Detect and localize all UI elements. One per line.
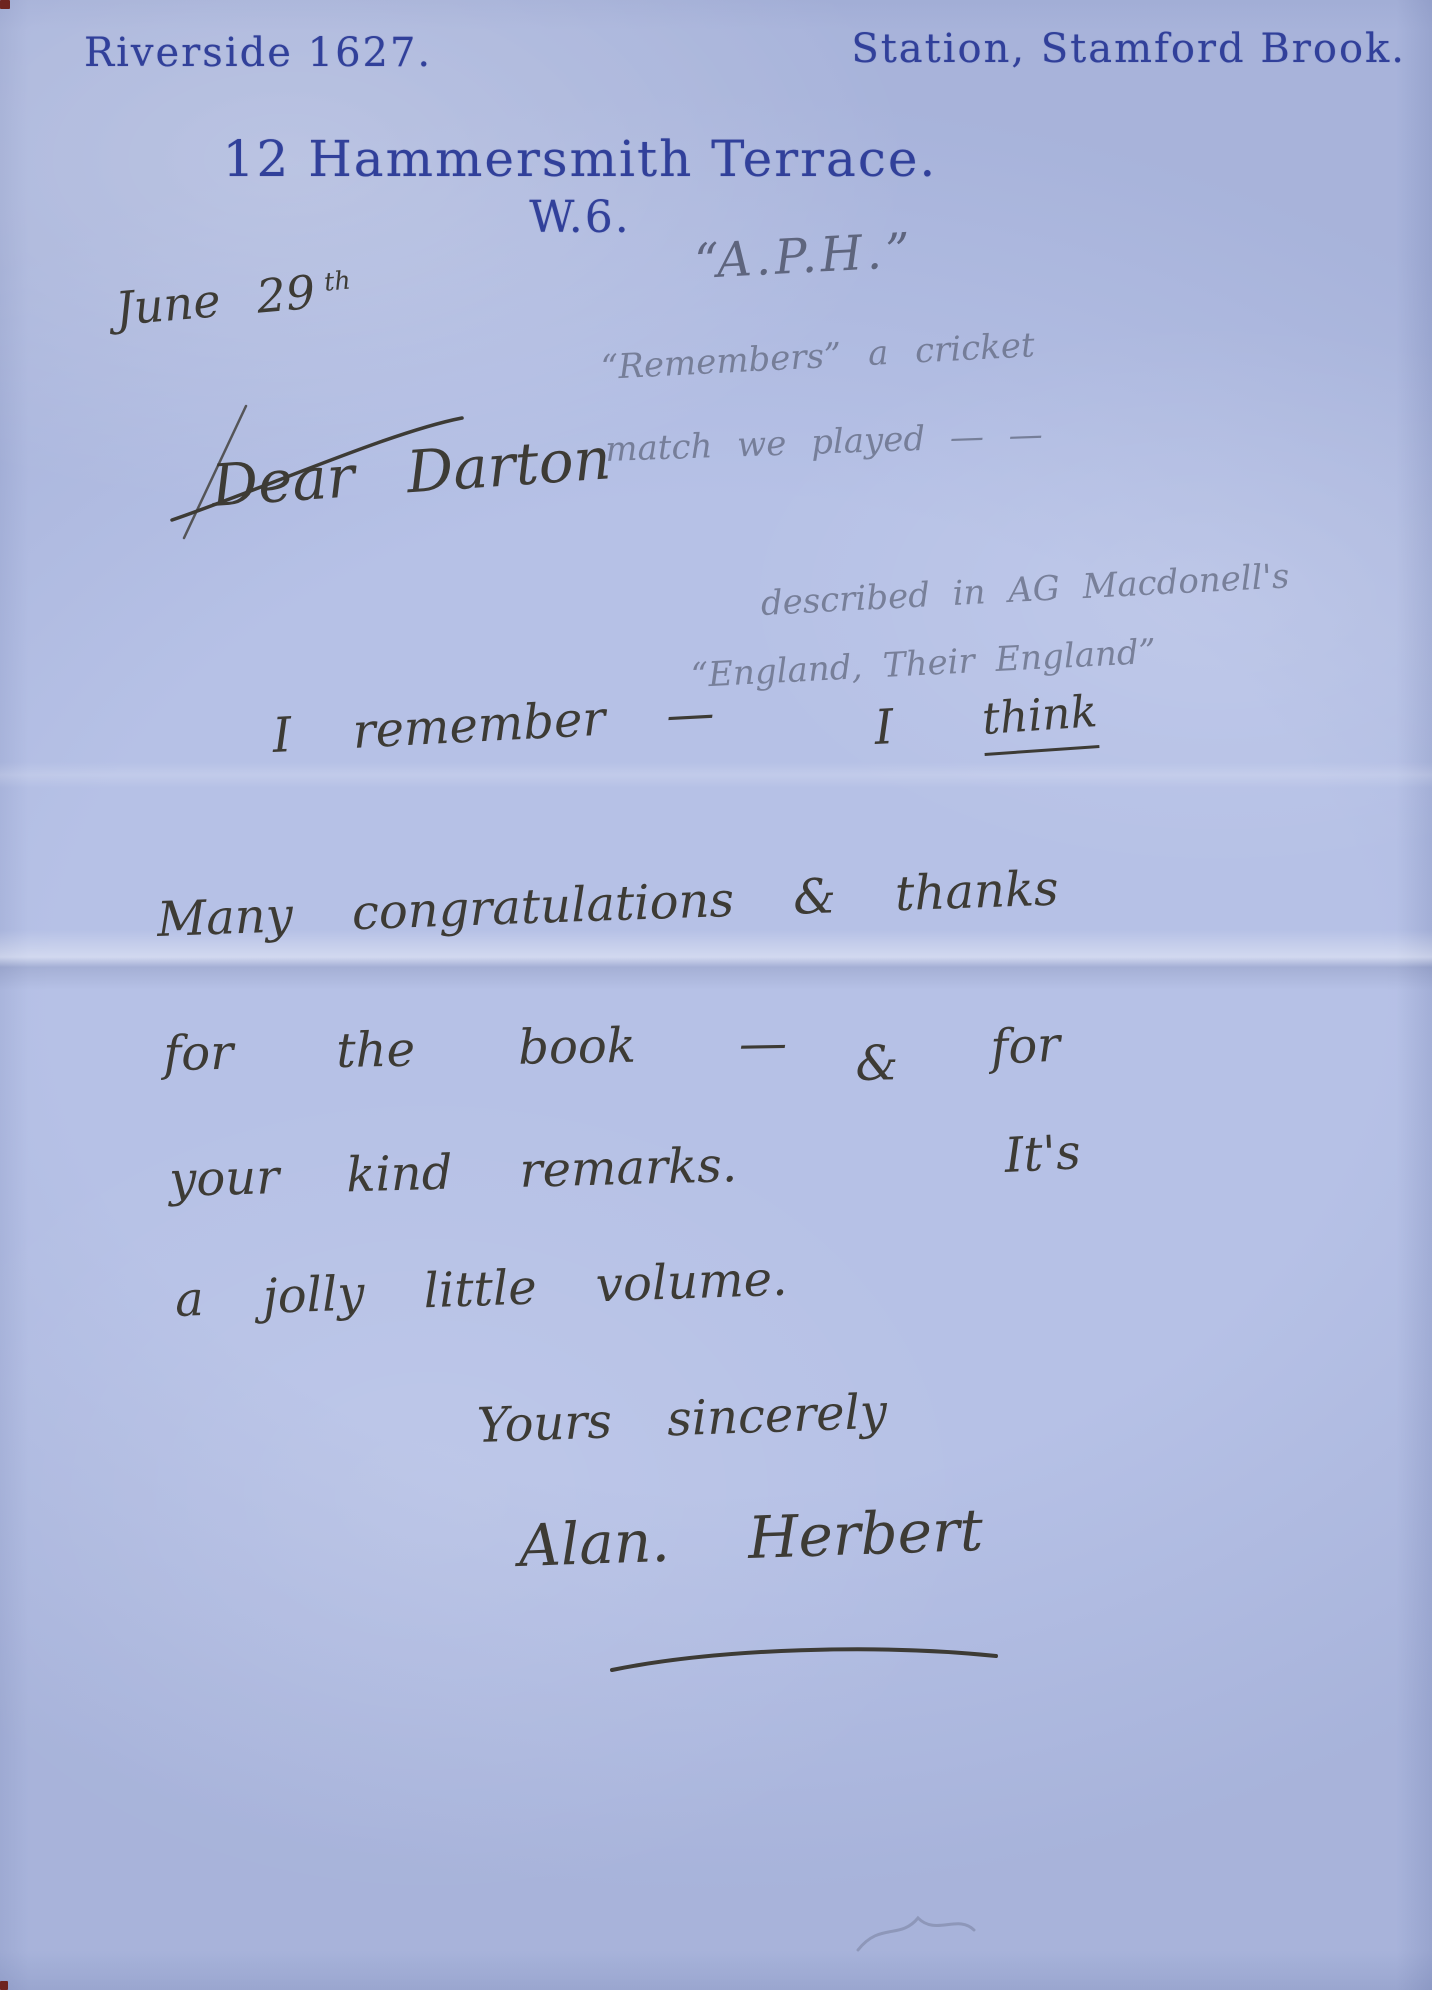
signature-flourish: [600, 1632, 1010, 1692]
body-line-underlined-word: think: [980, 686, 1098, 745]
body-line: for: [989, 1016, 1061, 1076]
pencil-annotation-line: “Remembers” a cricket: [600, 325, 1036, 388]
letterhead-phone: Riverside 1627.: [84, 30, 432, 76]
body-line: a jolly little volume.: [174, 1251, 788, 1328]
letterhead-station: Station, Stamford Brook.: [851, 26, 1406, 72]
body-line: for the book —: [163, 1015, 787, 1082]
body-line: I: [873, 699, 895, 756]
body-line: It's: [1003, 1124, 1082, 1184]
fold-crease-faint: [0, 762, 1432, 788]
letterhead-address-line1: 12 Hammersmith Terrace.: [170, 130, 990, 188]
body-line: &: [855, 1035, 899, 1092]
pencil-annotation-line: match we played — —: [605, 415, 1044, 470]
letter-date: June 29th: [113, 262, 353, 336]
corner-speck: [0, 1981, 8, 1990]
closing: Yours sincerely: [476, 1384, 888, 1454]
date-ordinal-suffix: th: [323, 265, 352, 296]
pencil-annotation-line: described in AG Macdonell's: [760, 556, 1290, 624]
body-line: I remember —: [271, 685, 716, 764]
pencil-smudge: [840, 1892, 990, 1972]
pencil-initials-annotation: “A.P.H.”: [693, 223, 915, 290]
letter-page: Riverside 1627. Station, Stamford Brook.…: [0, 0, 1432, 1990]
signature: Alan. Herbert: [518, 1496, 984, 1580]
corner-speck: [0, 0, 10, 9]
body-line: your kind remarks.: [169, 1137, 738, 1208]
